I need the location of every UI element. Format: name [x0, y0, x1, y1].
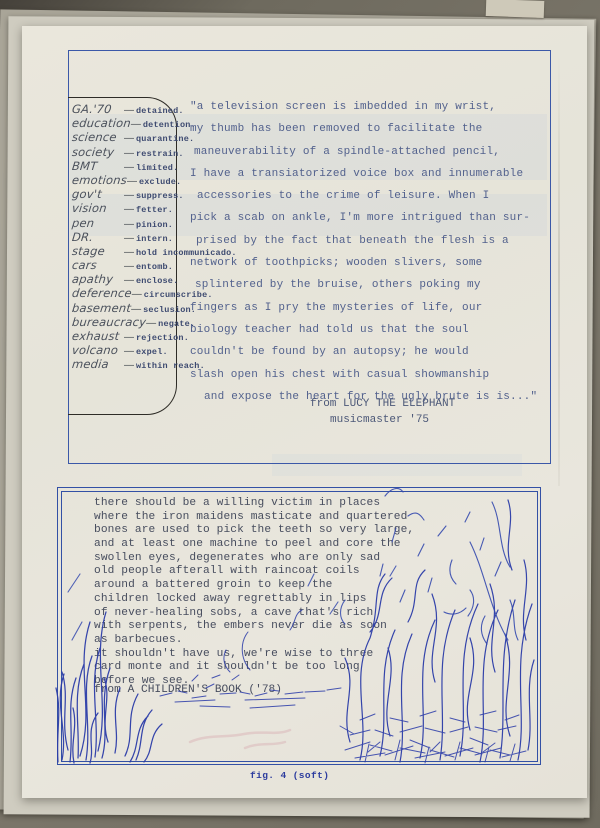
quote-line: accessories to the crime of leisure. Whe…: [197, 185, 540, 207]
poem-line: as barbecues.: [94, 634, 414, 648]
poem-line: bones are used to pick the teeth so very…: [94, 524, 414, 538]
handwritten-word: pen: [71, 216, 124, 230]
handwritten-word: society: [71, 145, 124, 159]
handwritten-word: exhaust: [71, 329, 124, 343]
pair-dash: —: [132, 288, 142, 302]
pair-dash: —: [124, 218, 134, 232]
poem-line: it shouldn't have us, we're wise to thre…: [94, 648, 414, 662]
handwritten-word: stage: [71, 244, 124, 258]
quote-line: "a television screen is imbedded in my w…: [190, 96, 540, 118]
typed-word: entomb.: [136, 260, 173, 274]
poem-line: children locked away regrettably in lips: [94, 593, 414, 607]
quote-line: fingers as I pry the mysteries of life, …: [190, 297, 540, 319]
quote-line: splintered by the bruise, others poking …: [195, 274, 540, 296]
quote-line: pick a scab on ankle, I'm more intrigued…: [190, 207, 540, 229]
handwritten-word: basement: [71, 301, 132, 315]
typed-word: pinion.: [136, 218, 173, 232]
handwritten-word: education: [71, 116, 131, 130]
poem-attribution: from A CHILDREN'S BOOK ('78): [94, 684, 282, 696]
quote-line: slash open his chest with casual showman…: [190, 364, 540, 386]
poem-line: old people afterall with raincoat coils: [94, 565, 414, 579]
typed-word: expel.: [136, 345, 168, 359]
pair-dash: —: [124, 132, 134, 146]
quote-line: couldn't be found by an autopsy; he woul…: [190, 341, 540, 363]
pair-dash: —: [124, 345, 134, 359]
poem-line: of never-healing sobs, a cave that's ric…: [94, 607, 414, 621]
poem-line: swollen eyes, degenerates who are only s…: [94, 552, 414, 566]
paper-crease: [558, 56, 560, 486]
pair-dash: —: [124, 260, 134, 274]
quote-line: biology teacher had told us that the sou…: [190, 319, 540, 341]
handwritten-word: bureaucracy: [71, 315, 147, 329]
handwritten-word: volcano: [71, 343, 124, 357]
typed-word: exclude.: [139, 175, 181, 189]
handwritten-word: media: [71, 357, 124, 371]
handwritten-word: apathy: [71, 272, 124, 286]
pair-dash: —: [124, 189, 134, 203]
handwritten-word: vision: [71, 201, 124, 215]
typed-word: detention.: [143, 118, 196, 132]
typed-word: enclose.: [136, 274, 178, 288]
typed-word: seclusion.: [143, 303, 196, 317]
childrens-book-poem: there should be a willing victim in plac…: [94, 497, 414, 689]
poem-line: card monte and it shouldn't be too long: [94, 661, 414, 675]
handwritten-word: science: [71, 130, 124, 144]
tape-piece: [486, 0, 545, 18]
handwritten-word: GA.'70: [71, 102, 124, 116]
bottom-blue-frame: there should be a willing victim in plac…: [57, 487, 541, 765]
poem-line: there should be a willing victim in plac…: [94, 497, 414, 511]
quote-line: maneuverability of a spindle-attached pe…: [194, 141, 540, 163]
typed-word: intern.: [136, 232, 173, 246]
zine-page: GA.'70 — detained. education — detention…: [22, 26, 587, 798]
handwritten-word: BMT: [71, 159, 124, 173]
pair-dash: —: [124, 147, 134, 161]
pair-dash: —: [124, 232, 134, 246]
handwritten-word: cars: [71, 258, 124, 272]
typed-word: detained.: [136, 104, 184, 118]
handwritten-word: gov't: [71, 187, 124, 201]
handwritten-word: deference: [71, 286, 132, 300]
handwritten-word: DR.: [71, 230, 124, 244]
pair-dash: —: [124, 359, 134, 373]
pair-dash: —: [124, 203, 134, 217]
pair-dash: —: [124, 331, 134, 345]
poem-line: with serpents, the embers never die as s…: [94, 620, 414, 634]
figure-caption: fig. 4 (soft): [250, 770, 329, 781]
handwritten-word: emotions: [71, 173, 127, 187]
typed-word: fetter.: [136, 203, 173, 217]
quote-line: I have a transiatorized voice box and in…: [190, 163, 540, 185]
poem-line: where the iron maidens masticate and qua…: [94, 511, 414, 525]
quote-line: my thumb has been removed to facilitate …: [190, 118, 540, 140]
poem-line: and at least one machine to peel and cor…: [94, 538, 414, 552]
quote-line: prised by the fact that beneath the fles…: [196, 230, 540, 252]
typed-word: limited.: [136, 161, 178, 175]
quote-attribution: from LUCY THE ELEPHANT: [310, 398, 455, 410]
pair-dash: —: [146, 317, 156, 331]
pair-dash: —: [127, 175, 137, 189]
typed-word: restrain.: [136, 147, 184, 161]
lucy-the-elephant-quote: "a television screen is imbedded in my w…: [190, 96, 540, 408]
pair-dash: —: [131, 118, 141, 132]
pair-dash: —: [124, 246, 134, 260]
poem-line: around a battered groin to keep the: [94, 579, 414, 593]
quote-attribution-year: musicmaster '75: [330, 414, 429, 426]
quote-line: network of toothpicks; wooden slivers, s…: [190, 252, 540, 274]
